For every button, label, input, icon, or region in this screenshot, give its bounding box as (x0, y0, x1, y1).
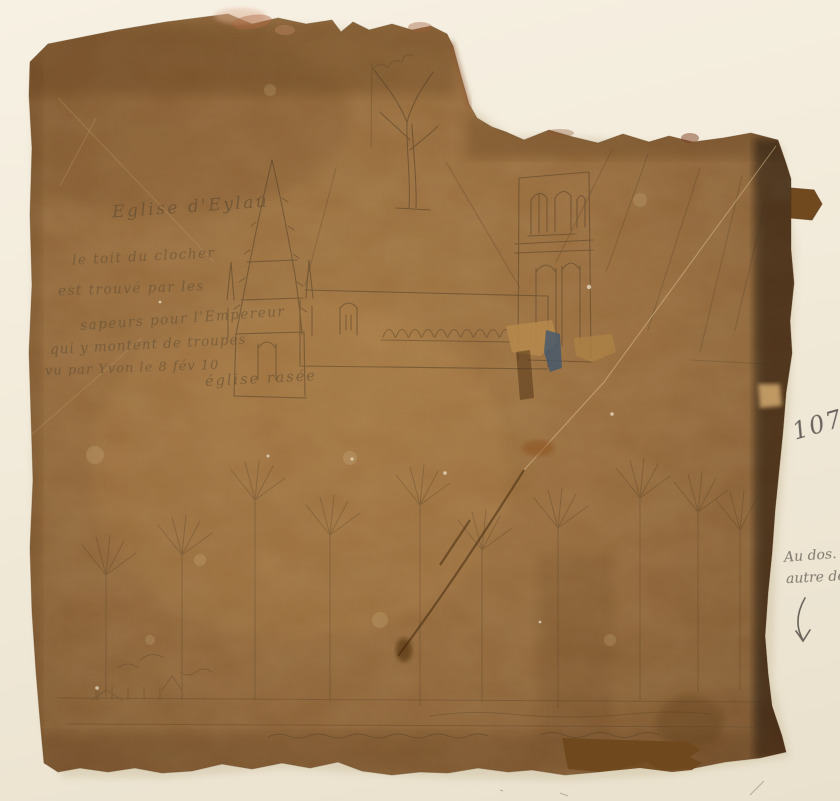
down-arrow-icon (796, 598, 810, 641)
scanned-album-page: Eglise d'Eylau le toit du clocher est tr… (0, 0, 840, 801)
varnish-smear (562, 738, 702, 772)
artwork-scan (0, 0, 840, 801)
edge-repair-patch (758, 384, 782, 408)
torn-flap (791, 188, 822, 220)
mount-pencil-marks (500, 781, 764, 796)
